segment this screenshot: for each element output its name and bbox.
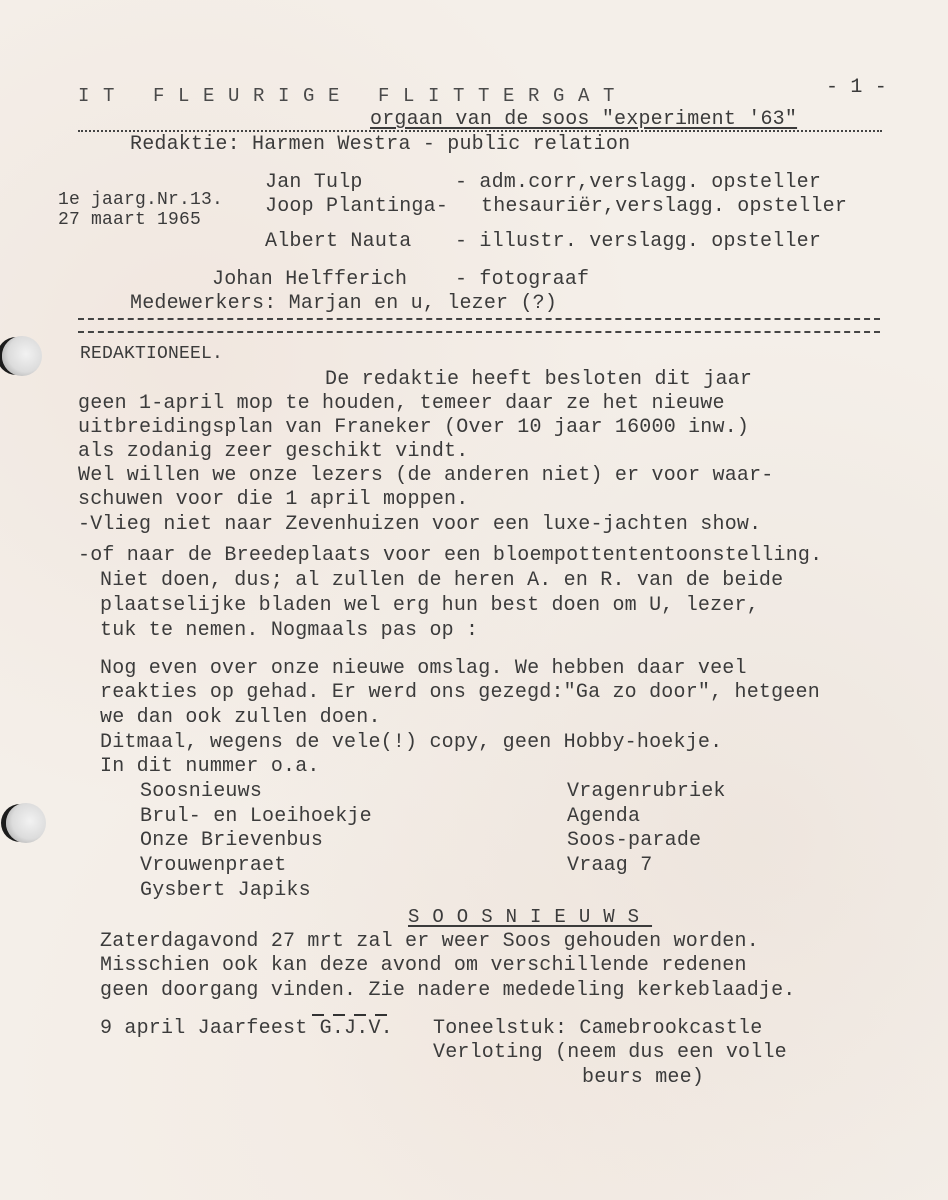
event-item: beurs mee) [582, 1066, 704, 1090]
contents-item: Vragenrubriek [567, 780, 726, 804]
punch-hole-top [2, 336, 42, 376]
contents-item: Vrouwenpraet [140, 854, 286, 878]
contents-item: Vraag 7 [567, 854, 652, 878]
staff-name: Albert Nauta [265, 230, 411, 254]
staff-role: thesauriër,verslagg. opsteller [481, 195, 847, 219]
contents-item: Onze Brievenbus [140, 829, 323, 853]
newsletter-subtitle: orgaan van de soos "experiment '63" [370, 108, 797, 132]
soosnieuws-line: Zaterdagavond 27 mrt zal er weer Soos ge… [100, 930, 759, 954]
redaktioneel-line: tuk te nemen. Nogmaals pas op : [100, 619, 478, 643]
redaktioneel-line: Ditmaal, wegens de vele(!) copy, geen Ho… [100, 731, 722, 755]
page-number: - 1 - [826, 76, 887, 100]
redaktioneel-line: Nog even over onze nieuwe omslag. We heb… [100, 657, 747, 681]
medewerkers-line: Medewerkers: Marjan en u, lezer (?) [130, 292, 557, 316]
event-item: Verloting (neem dus een volle [433, 1041, 787, 1065]
issue-date: 27 maart 1965 [58, 208, 201, 232]
divider-rule-2 [78, 331, 880, 333]
redaktioneel-line: als zodanig zeer geschikt vindt. [78, 440, 468, 464]
redaktioneel-line: In dit nummer o.a. [100, 755, 320, 779]
newsletter-title: IT FLEURIGE FLITTERGAT [78, 84, 628, 108]
staff-role: - adm.corr,verslagg. opsteller [455, 171, 821, 195]
soosnieuws-line: geen doorgang vinden. Zie nadere mededel… [100, 979, 796, 1003]
soosnieuws-line: Misschien ook kan deze avond om verschil… [100, 954, 747, 978]
contents-item: Soosnieuws [140, 780, 262, 804]
section-heading-redaktioneel: REDAKTIONEEL. [80, 342, 223, 366]
overbar-mark [312, 1014, 324, 1016]
redaktioneel-line: we dan ook zullen doen. [100, 706, 381, 730]
redaktioneel-line: De redaktie heeft besloten dit jaar [325, 368, 752, 392]
staff-name: Jan Tulp [265, 171, 363, 195]
contents-item: Soos-parade [567, 829, 701, 853]
redaktioneel-line: Niet doen, dus; al zullen de heren A. en… [100, 569, 783, 593]
redaktioneel-line: reakties op gehad. Er werd ons gezegd:"G… [100, 681, 820, 705]
overbar-mark [333, 1014, 345, 1016]
overbar-mark [375, 1014, 387, 1016]
section-heading-soosnieuws: SOOSNIEUWS [408, 905, 652, 929]
redaktioneel-line: -of naar de Breedeplaats voor een bloemp… [78, 544, 822, 568]
redaktioneel-line: -Vlieg niet naar Zevenhuizen voor een lu… [78, 513, 761, 537]
redaktie-line: Redaktie: Harmen Westra - public relatio… [130, 133, 630, 157]
contents-item: Brul- en Loeihoekje [140, 805, 372, 829]
punch-hole-bottom [6, 803, 46, 843]
divider-rule-1 [78, 318, 880, 320]
event-item: Toneelstuk: Camebrookcastle [433, 1017, 762, 1041]
staff-role: - illustr. verslagg. opsteller [455, 230, 821, 254]
contents-item: Agenda [567, 805, 640, 829]
staff-role: - fotograaf [455, 268, 589, 292]
overbar-mark [354, 1014, 366, 1016]
redaktioneel-line: schuwen voor die 1 april moppen. [78, 488, 468, 512]
contents-item: Gysbert Japiks [140, 879, 311, 903]
redaktioneel-line: plaatselijke bladen wel erg hun best doe… [100, 594, 759, 618]
redaktioneel-line: uitbreidingsplan van Franeker (Over 10 j… [78, 416, 749, 440]
staff-name: Johan Helfferich [212, 268, 407, 292]
header-rule [78, 130, 882, 132]
redaktioneel-line: geen 1-april mop te houden, temeer daar … [78, 392, 725, 416]
redaktioneel-line: Wel willen we onze lezers (de anderen ni… [78, 464, 774, 488]
event-date: 9 april Jaarfeest G.J.V. [100, 1017, 393, 1041]
staff-name: Joop Plantinga- [265, 195, 448, 219]
